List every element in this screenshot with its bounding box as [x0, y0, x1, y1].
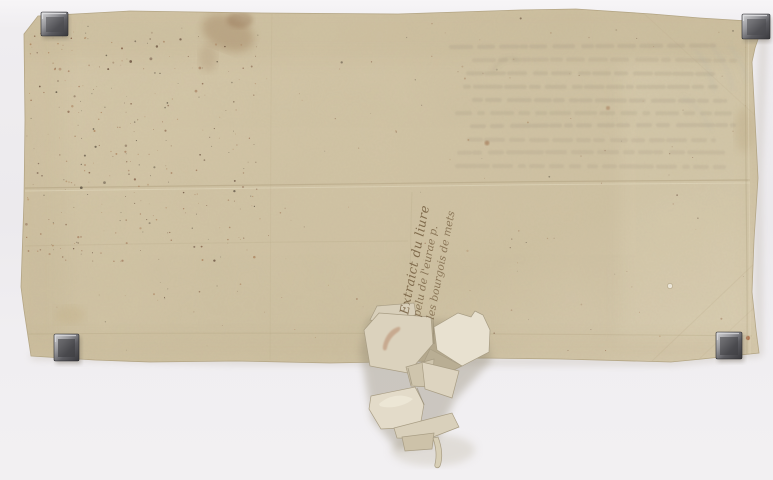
- document-scan: Extraict du liure pelu de l'eurae p. les…: [0, 0, 773, 480]
- metal-clip-top-right: [742, 14, 771, 42]
- metal-clip-bottom-left: [54, 334, 81, 364]
- wrapped-seal-bundle: [360, 303, 492, 468]
- parchment-scene: [0, 0, 773, 480]
- metal-clip-bottom-right: [716, 332, 744, 362]
- metal-clip-top-left: [41, 12, 69, 39]
